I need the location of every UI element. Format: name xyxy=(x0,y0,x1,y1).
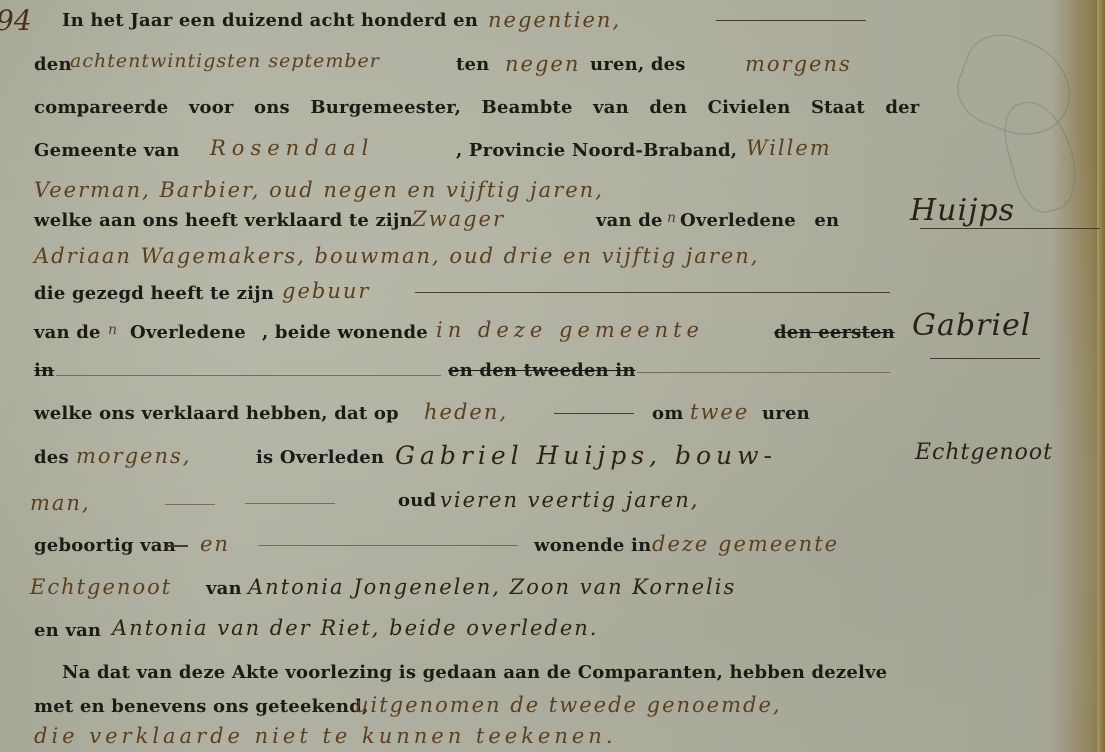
printed-text: met en benevens ons geteekend, xyxy=(34,696,368,717)
printed-text: welke ons verklaard hebben, dat op xyxy=(34,403,399,424)
printed-text: des xyxy=(34,447,69,468)
handwritten-text: achtentwintigsten september xyxy=(70,50,380,72)
margin-underline xyxy=(930,358,1040,359)
fill-line xyxy=(245,503,335,504)
printed-text: welke aan ons heeft verklaard te zijn xyxy=(34,210,413,231)
printed-text: ten xyxy=(456,54,489,75)
printed-text: , Provincie Noord-Braband, xyxy=(456,140,737,161)
printed-text: In het Jaar een duizend acht honderd en xyxy=(62,10,478,31)
handwritten-text: Gabriel Huijps, bouw- xyxy=(395,441,777,470)
page-edge xyxy=(1097,0,1105,752)
handwritten-text: gebuur xyxy=(282,279,370,303)
handwritten-text: negentien, xyxy=(488,8,621,32)
handwritten-text: die verklaarde niet te kunnen teekenen. xyxy=(34,724,617,748)
fill-line xyxy=(168,545,188,547)
fill-line xyxy=(415,292,890,293)
margin-given-name: Gabriel xyxy=(912,308,1031,343)
struck-printed-text: den eersten xyxy=(774,322,895,343)
printed-text: van de xyxy=(596,210,663,231)
printed-text: van de xyxy=(34,322,101,343)
handwritten-text: in deze gemeente xyxy=(436,318,704,342)
handwritten-text: negen xyxy=(505,52,580,76)
margin-underline xyxy=(920,228,1100,229)
handwritten-text: morgens, xyxy=(76,444,191,468)
printed-text: om xyxy=(652,403,683,424)
printed-text: uren xyxy=(762,403,810,424)
printed-text: Na dat van deze Akte voorlezing is gedaa… xyxy=(62,662,887,683)
printed-text: compareerde voor ons Burgemeester, Beamb… xyxy=(34,97,920,118)
handwritten-text: Echtgenoot xyxy=(30,575,172,599)
handwritten-text: deze gemeente xyxy=(652,532,839,556)
printed-text: is Overleden xyxy=(256,447,384,468)
printed-text: die gezegd heeft te zijn xyxy=(34,283,274,304)
handwritten-text: twee xyxy=(690,400,749,424)
margin-surname: Huijps xyxy=(910,193,1015,228)
struck-printed-text: en den tweeden in xyxy=(448,360,636,381)
handwritten-text: Antonia van der Riet, beide overleden. xyxy=(112,616,598,640)
fill-line xyxy=(56,375,441,376)
handwritten-text: Willem xyxy=(746,136,832,160)
printed-text: wonende in xyxy=(534,535,651,556)
record-number: 94 xyxy=(0,4,32,37)
fill-line xyxy=(165,504,215,505)
handwritten-text: Adriaan Wagemakers, bouwman, oud drie en… xyxy=(34,244,759,268)
fill-line xyxy=(258,545,518,546)
handwritten-text: heden, xyxy=(424,400,508,424)
document-page: 94 In het Jaar een duizend acht honderd … xyxy=(0,0,1105,752)
handwritten-text: n xyxy=(667,210,678,226)
fill-line xyxy=(716,20,866,21)
printed-text: , beide wonende xyxy=(262,322,428,343)
handwritten-text: Antonia Jongenelen, Zoon van Kornelis xyxy=(248,575,736,599)
printed-text: oud xyxy=(398,490,436,511)
printed-text: uren, des xyxy=(590,54,686,75)
printed-text: geboortig van xyxy=(34,535,176,556)
handwritten-text: vieren veertig jaren, xyxy=(440,488,699,512)
printed-text: en van xyxy=(34,620,101,641)
handwritten-text: Veerman, Barbier, oud negen en vijftig j… xyxy=(34,178,604,202)
handwritten-text: n xyxy=(108,322,119,338)
struck-printed-text: in xyxy=(34,360,54,381)
printed-text: den xyxy=(34,54,72,75)
printed-text: Gemeente van xyxy=(34,140,180,161)
handwritten-text: Zwager xyxy=(412,207,505,231)
margin-status: Echtgenoot xyxy=(915,440,1053,465)
printed-text: Overledene xyxy=(130,322,246,343)
printed-text: Overledene en xyxy=(680,210,839,231)
handwritten-text: morgens xyxy=(745,52,852,76)
handwritten-text: uitgenomen de tweede genoemde, xyxy=(355,693,782,717)
printed-text: van xyxy=(206,578,242,599)
fill-line xyxy=(637,372,890,373)
handwritten-text: man, xyxy=(30,491,91,515)
handwritten-text: Rosendaal xyxy=(210,136,374,160)
fill-line xyxy=(554,413,634,414)
handwritten-text: en xyxy=(200,532,230,556)
